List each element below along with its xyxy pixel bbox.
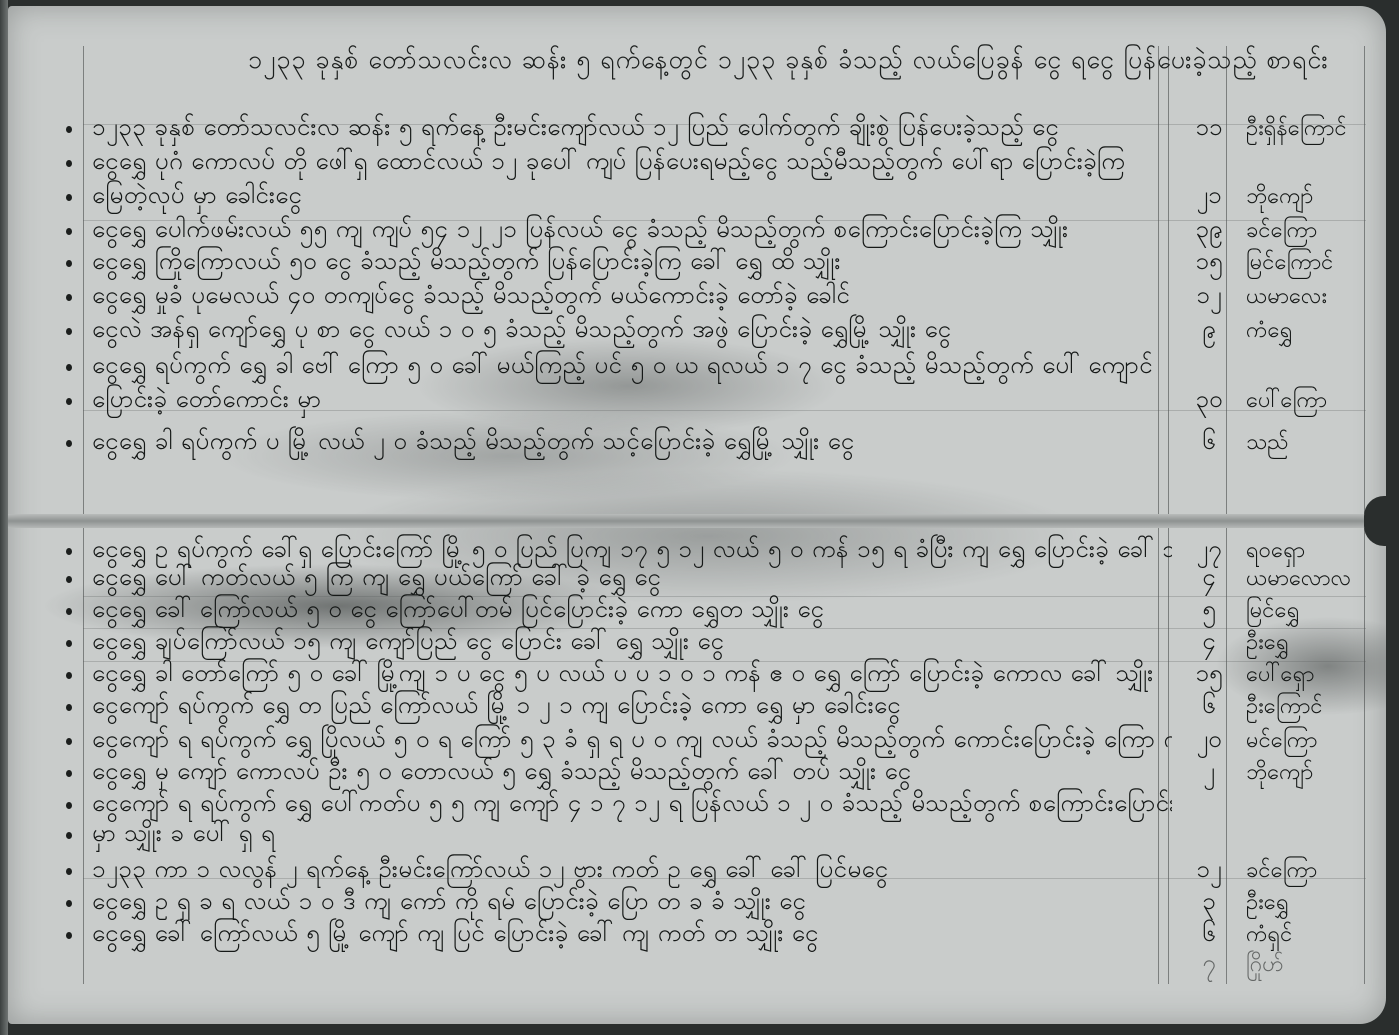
bullet-dot-icon xyxy=(66,770,72,777)
entry-text: ငွေကျော် ရပ်ကွက် ရွှေ တ ပြည် ကြော်လယ် မြ… xyxy=(92,689,1172,725)
entry-text: ငွေရွှေ ချပ်ကြော်လယ် ၁၅ ကျ ကျော်ပြည် ငွေ… xyxy=(92,625,1172,661)
manuscript-scan: ၁၂၃၃ ခုနှစ် တော်သလင်းလ ဆန်း ၅ ရက်နေ့တွင်… xyxy=(0,0,1399,1035)
entry-text: ငွေရွှေ ကြိုကြောလယ် ၅၀ ငွေ ခံသည့် မိသည့်… xyxy=(92,245,1172,281)
entry-text: မှာ သျှိုး ခ ပေါ် ရှ ရ xyxy=(92,817,1172,853)
entry-text: ငွေရွှေ ခါ ရပ်ကွက် ပ မြို့ လယ် ၂ ၀ ခံသည့… xyxy=(92,425,1172,461)
entry-name: ယမာလောလ xyxy=(1246,563,1376,596)
ledger-entry: မြေတဲ့လုပ် မှာ ခေါင်းငွေ ၂၁ ဘိုကျော် xyxy=(58,182,1378,212)
ledger-entry: ငွေရွှေ ပေါက်ဖမ်းလယ် ၅၅ ကျ ကျပ် ၅၄ ၁၂ ၂၁… xyxy=(58,216,1378,246)
entry-amount: ၂၀ xyxy=(1173,723,1245,759)
entry-name: မင်ကြော xyxy=(1246,725,1376,758)
bullet-dot-icon xyxy=(66,260,72,267)
bullet-dot-icon xyxy=(66,932,72,939)
entry-amount: ၃၉ xyxy=(1173,213,1245,249)
ledger-entry: ၇ ဂြိုဟ် xyxy=(58,950,1378,980)
entry-name: ဂြိုဟ် xyxy=(1246,949,1376,982)
manuscript-page: ၁၂၃၃ ခုနှစ် တော်သလင်းလ ဆန်း ၅ ရက်နေ့တွင်… xyxy=(8,6,1386,1024)
entry-amount: ၁၅ xyxy=(1173,245,1245,281)
entry-amount: ၆ xyxy=(1173,425,1245,461)
entry-amount: ၉ xyxy=(1173,313,1245,349)
ledger-entry: ငွေလဲ အန်ရှ ကျော်ရွှေ ပု စာ ငွေ လယ် ၁ ဝ … xyxy=(58,316,1378,346)
entry-amount: ၁၅ xyxy=(1173,657,1245,693)
ledger-entry: ငွေရွှေ မှုခံ ပုမေလယ် ၄၀ တကျပ်ငွေ ခံသည့်… xyxy=(58,282,1378,312)
bullet-dot-icon xyxy=(66,738,72,745)
page-fold xyxy=(8,514,1386,528)
ledger-entry: ငွေရွှေ ခါ တော်ကြော် ၅ ဝ ခေါ် မြို့ကျ ၁ … xyxy=(58,660,1378,690)
ledger-entry: ငွေရွှေ ရပ်ကွက် ရွှေ ခါ ဗေါ် ကြော ၅ ဝ ခေ… xyxy=(58,352,1378,382)
entry-text: ၁၂၃၃ ခုနှစ် တော်သလင်းလ ဆန်း ၅ ရက်နေ့ ဦးမ… xyxy=(92,111,1172,147)
ledger-entry: မှာ သျှိုး ခ ပေါ် ရှ ရ xyxy=(58,820,1378,850)
ledger-entry: ငွေရွှေ မှ ကျော် ကောလပ် ဦး ၅ ဝ တောလယ် ၅ … xyxy=(58,758,1378,788)
entry-text: ငွေရွှေ မှ ကျော် ကောလပ် ဦး ၅ ဝ တောလယ် ၅ … xyxy=(92,755,1172,791)
ledger-entry: ငွေရွှေ ခါ ရပ်ကွက် ပ မြို့ လယ် ၂ ၀ ခံသည့… xyxy=(58,428,1378,458)
ledger-entry: ပြောင်းခဲ့ တော်ကောင်း မှာ ၃၀ ပေါ်ကြော xyxy=(58,386,1378,416)
entry-text: ငွေရွှေ ဥ ရှ ခ ရ လယ် ၁ ဝ ဒီ ကျ ကော် ကို … xyxy=(92,885,1172,921)
bullet-dot-icon xyxy=(66,868,72,875)
entry-text: ငွေရွှေ ရပ်ကွက် ရွှေ ခါ ဗေါ် ကြော ၅ ဝ ခေ… xyxy=(92,349,1172,385)
entry-name: မြင်ရွှေ xyxy=(1246,595,1376,628)
entry-name: ကံရွှေ xyxy=(1246,315,1376,348)
entry-text: ငွေလဲ အန်ရှ ကျော်ရွှေ ပု စာ ငွေ လယ် ၁ ဝ … xyxy=(92,313,1172,349)
bullet-dot-icon xyxy=(66,364,72,371)
entry-amount: ၂၁ xyxy=(1173,179,1245,215)
bullet-dot-icon xyxy=(66,576,72,583)
entry-amount: ၃ xyxy=(1173,885,1245,921)
entry-amount: ၂ xyxy=(1173,755,1245,791)
bullet-dot-icon xyxy=(66,194,72,201)
bullet-dot-icon xyxy=(66,704,72,711)
entry-name: ဘိုကျော် xyxy=(1246,181,1376,214)
bullet-dot-icon xyxy=(66,640,72,647)
entry-text: မြေတဲ့လုပ် မှာ ခေါင်းငွေ xyxy=(92,179,1172,215)
entry-text: ငွေရွှေ ခေါ် ကြော်လယ် ၅ မြို့ ကျော် ကျ ပ… xyxy=(92,917,1172,953)
entry-name: ဘိုကျော် xyxy=(1246,757,1376,790)
bullet-dot-icon xyxy=(66,126,72,133)
bullet-dot-icon xyxy=(66,160,72,167)
bullet-dot-icon xyxy=(66,832,72,839)
ledger-entry: ငွေရွှေ ချပ်ကြော်လယ် ၁၅ ကျ ကျော်ပြည် ငွေ… xyxy=(58,628,1378,658)
entry-amount: ၇ xyxy=(1173,947,1245,983)
page-left-edge xyxy=(0,0,8,1035)
entry-name: ဦးရှိန်ကြောင် xyxy=(1246,113,1376,146)
entry-amount: ၄ xyxy=(1173,561,1245,597)
page-title-line: ၁၂၃၃ ခုနှစ် တော်သလင်းလ ဆန်း ၅ ရက်နေ့တွင်… xyxy=(248,44,1328,81)
entry-text: ငွေရွှေ ခါ တော်ကြော် ၅ ဝ ခေါ် မြို့ကျ ၁ … xyxy=(92,657,1172,693)
entry-text: ငွေရွှေ ပေါက်ဖမ်းလယ် ၅၅ ကျ ကျပ် ၅၄ ၁၂ ၂၁… xyxy=(92,213,1172,249)
bullet-dot-icon xyxy=(66,900,72,907)
entry-text: ငွေရွှေ ပုဂံ ကောလပ် တို ဖေါ်ရှ ထောင်လယ် … xyxy=(92,145,1172,181)
entry-name: ပေါ်ကြော xyxy=(1246,385,1376,418)
entry-name: ခင်ကြော xyxy=(1246,215,1376,248)
ledger-entry: ငွေရွှေ ကြိုကြောလယ် ၅၀ ငွေ ခံသည့် မိသည့်… xyxy=(58,248,1378,278)
entry-text: ငွေရွှေ ပေါ် ကတ်လယ် ၅ ကြ ကျ ရွှေ ပယ်ကြော… xyxy=(92,561,1172,597)
entry-amount: ၅ xyxy=(1173,593,1245,629)
entry-amount: ၃၀ xyxy=(1173,383,1245,419)
entry-name: ခင်ကြော xyxy=(1246,855,1376,888)
ledger-entry: ငွေရွှေ ဥ ရှ ခ ရ လယ် ၁ ဝ ဒီ ကျ ကော် ကို … xyxy=(58,888,1378,918)
bullet-dot-icon xyxy=(66,672,72,679)
ledger-entry: ငွေကျော် ရပ်ကွက် ရွှေ တ ပြည် ကြော်လယ် မြ… xyxy=(58,692,1378,722)
entry-amount: ၁၂ xyxy=(1173,279,1245,315)
entry-name: မြင်ကြောင် xyxy=(1246,247,1376,280)
ledger-entry: ငွေကျော် ရ ရပ်ကွက် ရွှေ ပြိုလယ် ၅ ဝ ရ ကြ… xyxy=(58,726,1378,756)
bullet-dot-icon xyxy=(66,228,72,235)
entry-text: ငွေရွှေ မှုခံ ပုမေလယ် ၄၀ တကျပ်ငွေ ခံသည့်… xyxy=(92,279,1172,315)
ledger-entry: ၁၂၃၃ ကာ ၁ လလွန် ၂ ရက်နေ့ ဦးမင်းကြော်လယ် … xyxy=(58,856,1378,886)
entry-text: ပြောင်းခဲ့ တော်ကောင်း မှာ xyxy=(92,383,1172,419)
ledger-entry: ငွေရွှေ ခေါ် ကြော်လယ် ၅ မြို့ ကျော် ကျ ပ… xyxy=(58,920,1378,950)
ledger-entry: ငွေရွှေ ပေါ် ကတ်လယ် ၅ ကြ ကျ ရွှေ ပယ်ကြော… xyxy=(58,564,1378,594)
bullet-dot-icon xyxy=(66,294,72,301)
entry-name: ဦးရွှေ xyxy=(1246,887,1376,920)
entry-name: ပေါ်ရှော xyxy=(1246,659,1376,692)
ledger-entry: ငွေရွှေ ခေါ် ကြော်လယ် ၅ ဝ ငွေ ကြော်ပေါ်တ… xyxy=(58,596,1378,626)
entry-amount: ၁၂ xyxy=(1173,853,1245,889)
entry-text: ၁၂၃၃ ကာ ၁ လလွန် ၂ ရက်နေ့ ဦးမင်းကြော်လယ် … xyxy=(92,853,1172,889)
entry-amount: ၁၁ xyxy=(1173,111,1245,147)
bullet-dot-icon xyxy=(66,328,72,335)
bullet-dot-icon xyxy=(66,440,72,447)
ledger-entry: ငွေရွှေ ပုဂံ ကောလပ် တို ဖေါ်ရှ ထောင်လယ် … xyxy=(58,148,1378,178)
entry-text: ငွေကျော် ရ ရပ်ကွက် ရွှေ ပြိုလယ် ၅ ဝ ရ ကြ… xyxy=(92,723,1172,759)
entry-name: ဦးရွှေ xyxy=(1246,627,1376,660)
entry-amount: ၄ xyxy=(1173,625,1245,661)
bullet-dot-icon xyxy=(66,802,72,809)
entry-name: ကံရှင် xyxy=(1246,919,1376,952)
bullet-dot-icon xyxy=(66,548,72,555)
entry-name: ယမာလေး xyxy=(1246,281,1376,314)
ledger-entry: ငွေကျော် ရ ရပ်ကွက် ရွှေ ပေါ်ကတ်ပ ၅ ၅ ကျ … xyxy=(58,790,1378,820)
ledger-entry: ၁၂၃၃ ခုနှစ် တော်သလင်းလ ဆန်း ၅ ရက်နေ့ ဦးမ… xyxy=(58,114,1378,144)
entry-name: သည် xyxy=(1246,427,1376,460)
entry-amount: ၆ xyxy=(1173,689,1245,725)
bullet-dot-icon xyxy=(66,398,72,405)
entry-text: ငွေရွှေ ခေါ် ကြော်လယ် ၅ ဝ ငွေ ကြော်ပေါ်တ… xyxy=(92,593,1172,629)
bullet-dot-icon xyxy=(66,608,72,615)
entry-name: ဦးကြောင် xyxy=(1246,691,1376,724)
